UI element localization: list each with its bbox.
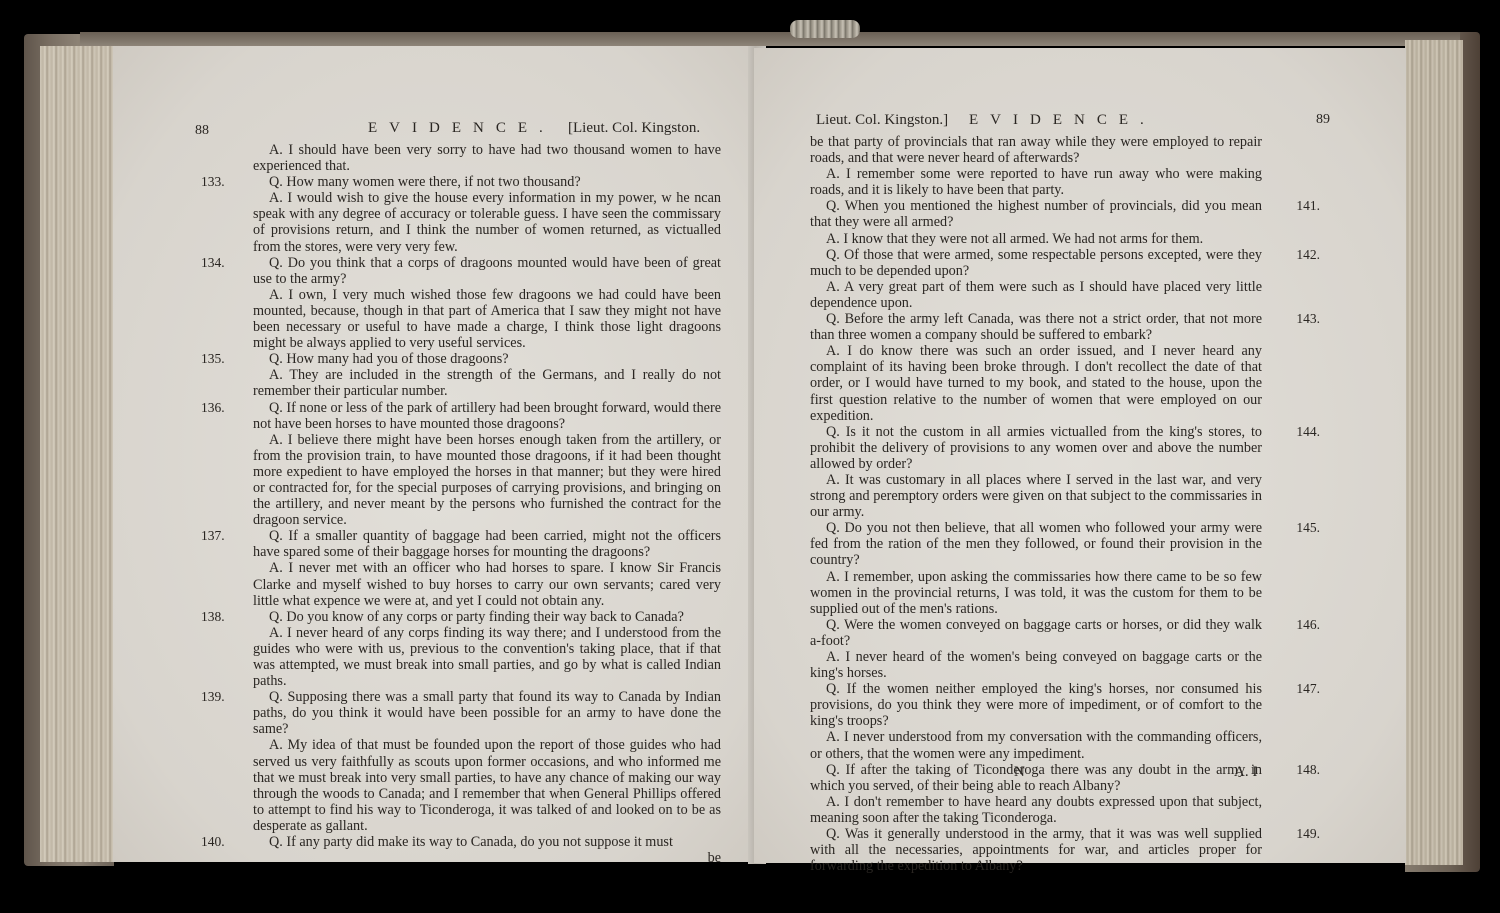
question: Q. Do you know of any corps or party fin… [253,609,721,625]
question-number: 147. [1296,681,1320,697]
question: Q. If any party did make its way to Cana… [253,834,721,850]
question-number: 138. [201,609,225,625]
question: Q. If after the taking of Ticonderoga th… [810,762,1262,794]
question: Q. Of those that were armed, some respec… [810,247,1262,279]
left-page-edges [40,46,115,862]
running-title: EVIDENCE. [368,120,555,137]
left-text-block: A. I should have been very sorry to have… [253,142,721,866]
entry-135: 135. Q. How many had you of those dragoo… [253,351,721,399]
question-number: 148. [1296,762,1320,778]
entry-145: 145. Q. Do you not then believe, that al… [810,520,1262,617]
continuation-question: be that party of provincials that ran aw… [810,134,1262,166]
signature-mark: N [1014,764,1025,781]
question: Q. Was it generally understood in the ar… [810,826,1262,874]
entry-141: 141. Q. When you mentioned the highest n… [810,198,1262,246]
right-page-edges [1405,40,1463,865]
answer: A. I never met with an officer who had h… [253,560,721,608]
answer: A. I never heard of any corps finding it… [253,625,721,689]
question-number: 149. [1296,826,1320,842]
right-page: Lieut. Col. Kingston.] EVIDENCE. 89 be t… [754,48,1406,863]
entry-133: 133. Q. How many women were there, if no… [253,174,721,254]
question-number: 133. [201,174,225,190]
entry-139: 139. Q. Supposing there was a small part… [253,689,721,834]
left-page: 88 EVIDENCE. [Lieut. Col. Kingston. A. I… [113,46,755,862]
question-number: 136. [201,400,225,416]
entry-147: 147. Q. If the women neither employed th… [810,681,1262,761]
question-number: 143. [1296,311,1320,327]
question: Q. Do you think that a corps of dragoons… [253,255,721,287]
right-text-block: be that party of provincials that ran aw… [810,134,1262,874]
answer: A. I know that they were not all armed. … [810,231,1262,247]
entry-148: 148. Q. If after the taking of Ticondero… [810,762,1262,826]
question: Q. If a smaller quantity of baggage had … [253,528,721,560]
question: Q. Were the women conveyed on baggage ca… [810,617,1262,649]
entry-136: 136. Q. If none or less of the park of a… [253,400,721,529]
answer: A. I believe there might have been horse… [253,432,721,529]
top-cover-edge [80,32,1460,46]
answer: A. I do know there was such an order iss… [810,343,1262,423]
question-number: 144. [1296,424,1320,440]
header-note: Lieut. Col. Kingston.] [816,112,948,129]
header-note: [Lieut. Col. Kingston. [568,120,700,137]
entry-149: 149. Q. Was it generally understood in t… [810,826,1262,874]
open-book: 88 EVIDENCE. [Lieut. Col. Kingston. A. I… [0,0,1500,913]
question-number: 139. [201,689,225,705]
question: Q. If none or less of the park of artill… [253,400,721,432]
answer: A. It was customary in all places where … [810,472,1262,520]
question: Q. How many women were there, if not two… [253,174,721,190]
running-title: EVIDENCE. [969,112,1156,129]
entry-137: 137. Q. If a smaller quantity of baggage… [253,528,721,608]
answer: A. I don't remember to have heard any do… [810,794,1262,826]
entry-146: 146. Q. Were the women conveyed on bagga… [810,617,1262,681]
answer: A. I remember, upon asking the commissar… [810,569,1262,617]
continuation-answer: A. I remember some were reported to have… [810,166,1262,198]
question-number: 142. [1296,247,1320,263]
answer: A. I own, I very much wished those few d… [253,287,721,351]
catchword: A. I [1234,764,1257,781]
answer: A. I never understood from my conversati… [810,729,1262,761]
bookmark-clasp [790,20,860,38]
entry-144: 144. Q. Is it not the custom in all armi… [810,424,1262,521]
question: Q. Is it not the custom in all armies vi… [810,424,1262,472]
question-number: 134. [201,255,225,271]
answer: A. I would wish to give the house every … [253,190,721,254]
question: Q. Supposing there was a small party tha… [253,689,721,737]
entry-140: 140. Q. If any party did make its way to… [253,834,721,850]
page-number: 89 [1316,112,1330,128]
answer: A. My idea of that must be founded upon … [253,737,721,834]
entry-134: 134. Q. Do you think that a corps of dra… [253,255,721,352]
question: Q. Before the army left Canada, was ther… [810,311,1262,343]
question-number: 141. [1296,198,1320,214]
question: Q. How many had you of those dragoons? [253,351,721,367]
question-number: 146. [1296,617,1320,633]
question: Q. When you mentioned the highest number… [810,198,1262,230]
page-number: 88 [195,123,209,139]
question: Q. If the women neither employed the kin… [810,681,1262,729]
answer: A. They are included in the strength of … [253,367,721,399]
question-number: 135. [201,351,225,367]
question-number: 145. [1296,520,1320,536]
answer: A. I never heard of the women's being co… [810,649,1262,681]
entry-138: 138. Q. Do you know of any corps or part… [253,609,721,689]
question-number: 137. [201,528,225,544]
catchword: be [253,850,721,866]
opening-answer: A. I should have been very sorry to have… [253,142,721,174]
question: Q. Do you not then believe, that all wom… [810,520,1262,568]
question-number: 140. [201,834,225,850]
entry-142: 142. Q. Of those that were armed, some r… [810,247,1262,311]
entry-143: 143. Q. Before the army left Canada, was… [810,311,1262,424]
answer: A. A very great part of them were such a… [810,279,1262,311]
